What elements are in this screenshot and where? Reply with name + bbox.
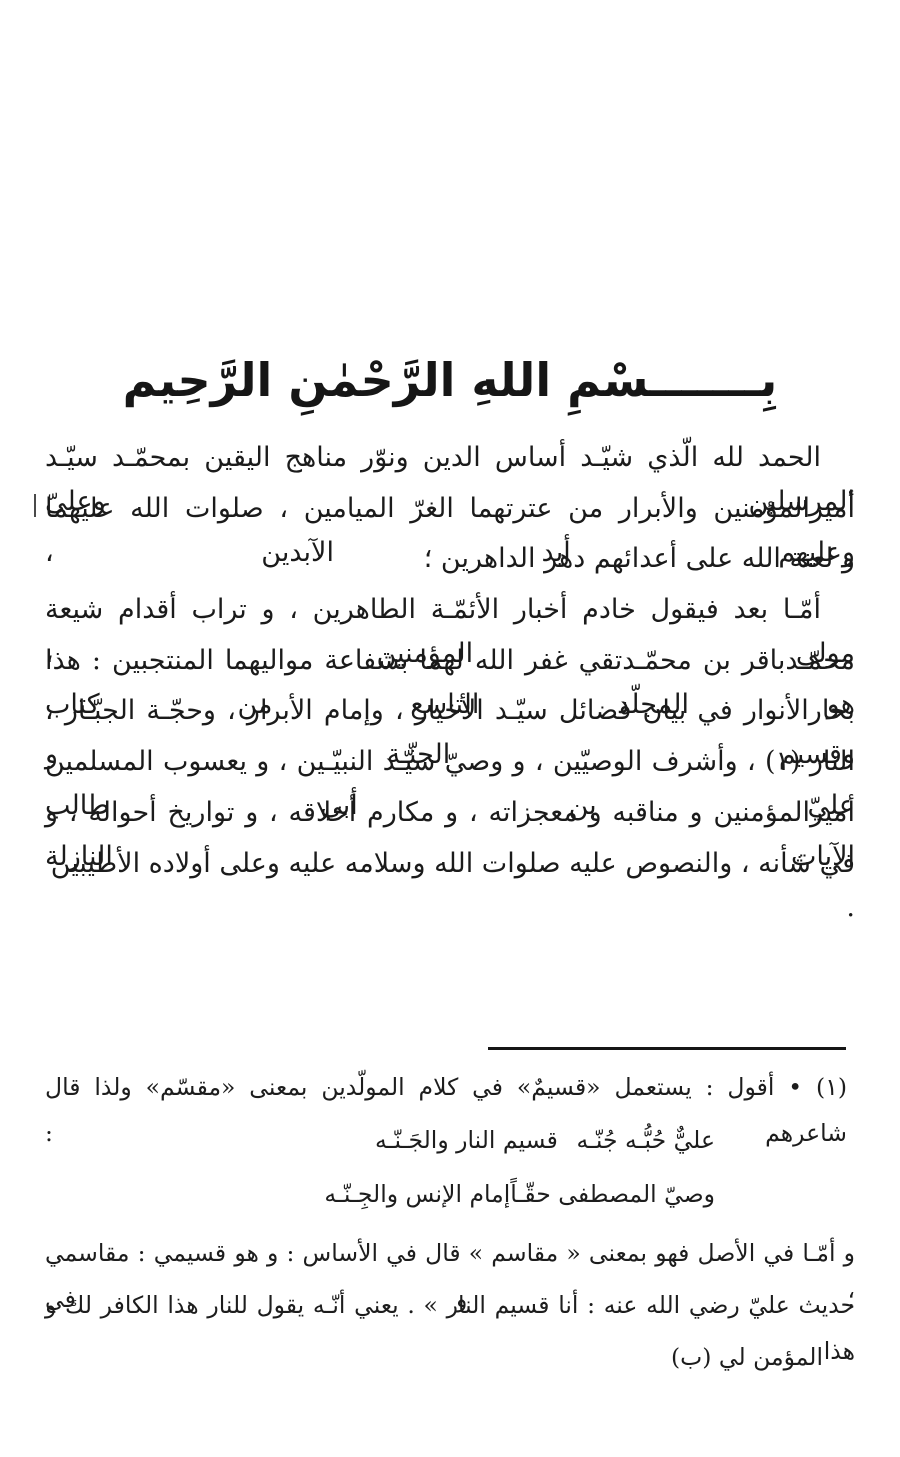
scanned-book-page: بِـــــــسْمِ اللهِ الرَّحْمٰنِ الرَّحِي… — [0, 0, 900, 1457]
footnote-separator-rule — [488, 1047, 846, 1050]
text-line: في شأنه ، والنصوص عليه صلوات الله وسلامه… — [45, 842, 855, 893]
footnote-line: المؤمن لي (ب) — [45, 1334, 855, 1386]
opening-paragraph: الحمد لله الّذي شيّـد أساس الدين ونوّر م… — [45, 436, 855, 588]
poetry-couplet-row: عليٌّ حُبُّـه جُنّـه قسيم النار والجَـنّ… — [375, 1116, 715, 1170]
couplet-hemistich-right: عليٌّ حُبُّـه جُنّـه — [576, 1116, 715, 1170]
footnote-line: (١) • أقول : يستعمل «قسيمٌ» في كلام المو… — [45, 1064, 855, 1116]
footnote-block: (١) • أقول : يستعمل «قسيمٌ» في كلام المو… — [45, 1064, 855, 1386]
margin-tick-mark — [34, 494, 36, 517]
basmala-calligraphy: بِـــــــسْمِ اللهِ الرَّحْمٰنِ الرَّحِي… — [0, 330, 900, 430]
couplet-hemistich-right: وصيّ المصطفى حقّـاً — [510, 1170, 715, 1230]
text-line: أميرالمؤمنين والأبرار من عترتهما الغرّ ا… — [45, 487, 855, 538]
text-line: أميرالمؤمنين و مناقبه و معجزاته ، و مكار… — [45, 791, 855, 842]
couplet-hemistich-left: إمام الإنس والجِـنّـه — [324, 1170, 510, 1230]
footnote-line: حديث عليّ رضي الله عنه : أنا قسيم النار … — [45, 1282, 855, 1334]
main-text-block: الحمد لله الّذي شيّـد أساس الدين ونوّر م… — [45, 436, 855, 892]
text-line: الحمد لله الّذي شيّـد أساس الدين ونوّر م… — [45, 436, 855, 487]
poetry-couplet-row: وصيّ المصطفى حقّـاً إمام الإنس والجِـنّـ… — [375, 1170, 715, 1230]
text-line: أمّـا بعد فيقول خادم أخبار الأئمّـة الطا… — [45, 588, 855, 639]
footnote-line: و أمّـا في الأصل فهو بمعنى « مقاسم » قال… — [45, 1230, 855, 1282]
introduction-paragraph: أمّـا بعد فيقول خادم أخبار الأئمّـة الطا… — [45, 588, 855, 892]
text-line: محمّـدباقر بن محمّـدتقي غفر الله لهما بش… — [45, 639, 855, 690]
couplet-hemistich-left: قسيم النار والجَـنّـه — [375, 1116, 558, 1170]
text-line: بحارالأنوار في بيان فضائل سيّـد الأخيار … — [45, 689, 855, 740]
text-line: النار (١) ، وأشرف الوصيّين ، و وصيّ سيّـ… — [45, 740, 855, 791]
